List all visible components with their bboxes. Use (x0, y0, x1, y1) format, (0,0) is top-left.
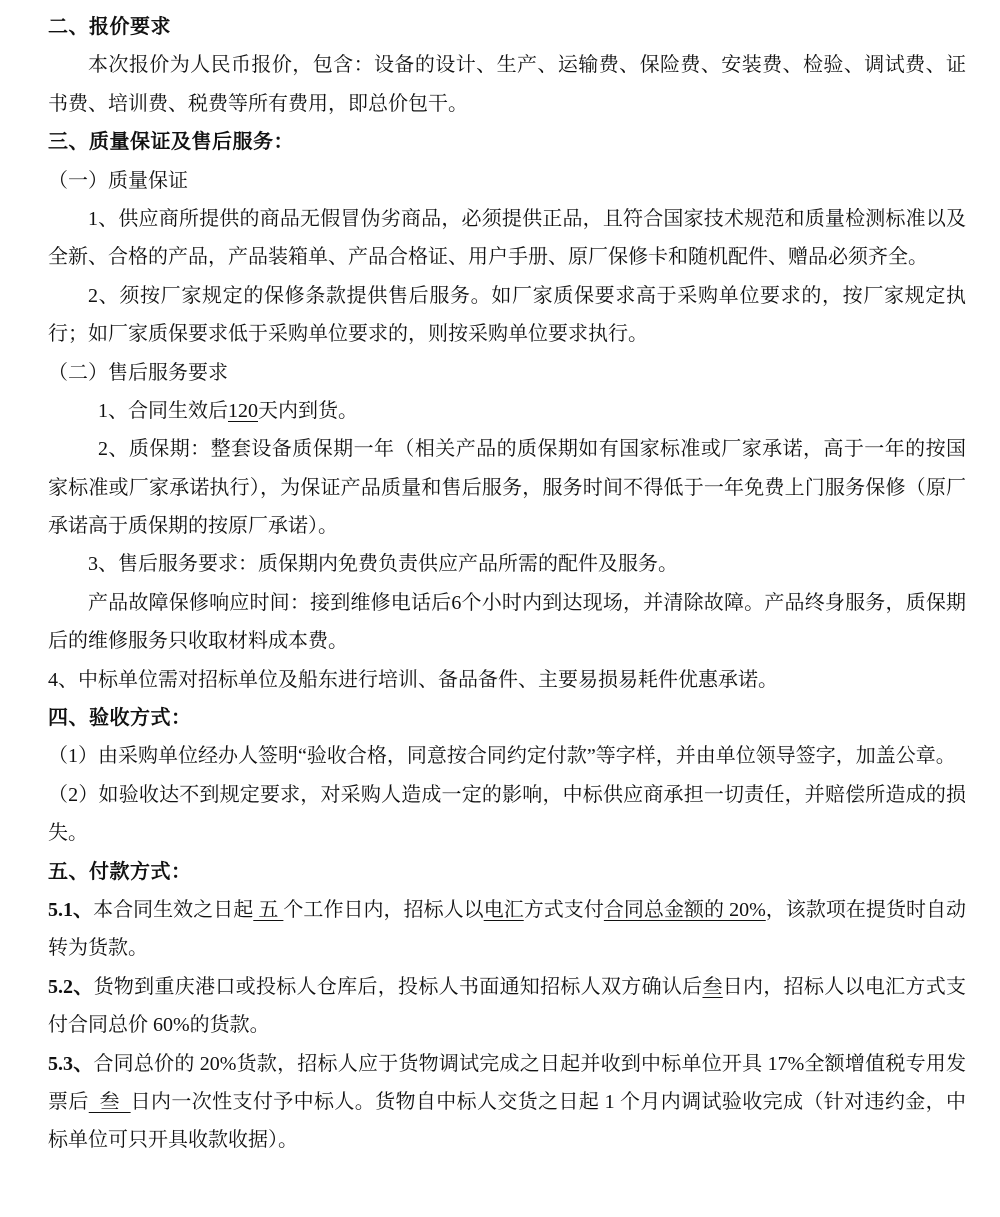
paragraph: 产品故障保修响应时间：接到维修电话后6个小时内到达现场，并清除故障。产品终身服务… (48, 584, 966, 661)
clause-number-label: 5.2、 (48, 976, 94, 998)
clause-number-label: 5.3、 (48, 1053, 93, 1075)
text-run: 个工作日内，招标人以 (283, 899, 483, 921)
text-run: 三、质量保证及售后服务： (48, 131, 294, 153)
text-run: （1）由采购单位经办人签明“验收合格，同意按合同约定付款”等字样，并由单位领导签… (48, 745, 956, 767)
text-run: 1、供应商所提供的商品无假冒伪劣商品，必须提供正品，且符合国家技术规范和质量检测… (48, 208, 966, 268)
paragraph: （2）如验收达不到规定要求，对采购人造成一定的影响，中标供应商承担一切责任，并赔… (48, 776, 966, 853)
underlined-text: 合同总金额的 20% (604, 899, 766, 921)
underlined-text: 叁 (702, 976, 722, 998)
paragraph: 2、须按厂家规定的保修条款提供售后服务。如厂家质保要求高于采购单位要求的，按厂家… (48, 277, 966, 354)
text-run: （二）售后服务要求 (48, 362, 228, 384)
text-run: 天内到货。 (258, 400, 358, 422)
paragraph: （一）质量保证 (48, 162, 966, 200)
clause-number-label: 5.1、 (48, 899, 93, 921)
document-page: 二、报价要求本次报价为人民币报价，包含：设备的设计、生产、运输费、保险费、安装费… (0, 0, 1000, 1217)
section-heading: 五、付款方式： (48, 853, 966, 891)
text-run: （2）如验收达不到规定要求，对采购人造成一定的影响，中标供应商承担一切责任，并赔… (48, 784, 966, 844)
text-run: 货物到重庆港口或投标人仓库后，投标人书面通知招标人双方确认后 (94, 976, 703, 998)
text-run: 3、售后服务要求：质保期内免费负责供应产品所需的配件及服务。 (88, 553, 678, 575)
text-run: 2、质保期：整套设备质保期一年（相关产品的质保期如有国家标准或厂家承诺，高于一年… (48, 438, 966, 537)
paragraph: （二）售后服务要求 (48, 354, 966, 392)
text-run: 1、合同生效后 (98, 400, 228, 422)
paragraph: 2、质保期：整套设备质保期一年（相关产品的质保期如有国家标准或厂家承诺，高于一年… (48, 430, 966, 545)
paragraph: 5.2、货物到重庆港口或投标人仓库后，投标人书面通知招标人双方确认后叁日内，招标… (48, 968, 966, 1045)
paragraph: 3、售后服务要求：质保期内免费负责供应产品所需的配件及服务。 (48, 545, 966, 583)
underlined-text: 电汇 (484, 899, 524, 921)
section-heading: 三、质量保证及售后服务： (48, 123, 966, 161)
section-heading: 二、报价要求 (48, 8, 966, 46)
underlined-text: 五 (253, 899, 283, 921)
underlined-text: 叁 (89, 1091, 131, 1113)
underlined-text: 120 (228, 400, 258, 422)
text-run: 二、报价要求 (48, 16, 171, 38)
paragraph: 本次报价为人民币报价，包含：设备的设计、生产、运输费、保险费、安装费、检验、调试… (48, 46, 966, 123)
text-run: 本合同生效之日起 (93, 899, 253, 921)
text-run: 本次报价为人民币报价，包含：设备的设计、生产、运输费、保险费、安装费、检验、调试… (48, 54, 966, 114)
paragraph: 1、供应商所提供的商品无假冒伪劣商品，必须提供正品，且符合国家技术规范和质量检测… (48, 200, 966, 277)
text-run: 四、验收方式： (48, 707, 192, 729)
paragraph: 5.1、本合同生效之日起 五 个工作日内，招标人以电汇方式支付合同总金额的 20… (48, 891, 966, 968)
text-run: 日内一次性支付予中标人。货物自中标人交货之日起 1 个月内调试验收完成（针对违约… (48, 1091, 966, 1151)
text-run: 五、付款方式： (48, 861, 192, 883)
paragraph: 5.3、合同总价的 20%货款，招标人应于货物调试完成之日起并收到中标单位开具 … (48, 1045, 966, 1160)
paragraph: 4、中标单位需对招标单位及船东进行培训、备品备件、主要易损易耗件优惠承诺。 (48, 661, 966, 699)
paragraph: （1）由采购单位经办人签明“验收合格，同意按合同约定付款”等字样，并由单位领导签… (48, 737, 966, 775)
section-heading: 四、验收方式： (48, 699, 966, 737)
text-run: （一）质量保证 (48, 170, 188, 192)
text-run: 方式支付 (524, 899, 604, 921)
text-run: 2、须按厂家规定的保修条款提供售后服务。如厂家质保要求高于采购单位要求的，按厂家… (48, 285, 966, 345)
paragraph: 1、合同生效后120天内到货。 (48, 392, 966, 430)
text-run: 产品故障保修响应时间：接到维修电话后6个小时内到达现场，并清除故障。产品终身服务… (48, 592, 966, 652)
text-run: 4、中标单位需对招标单位及船东进行培训、备品备件、主要易损易耗件优惠承诺。 (48, 669, 778, 691)
